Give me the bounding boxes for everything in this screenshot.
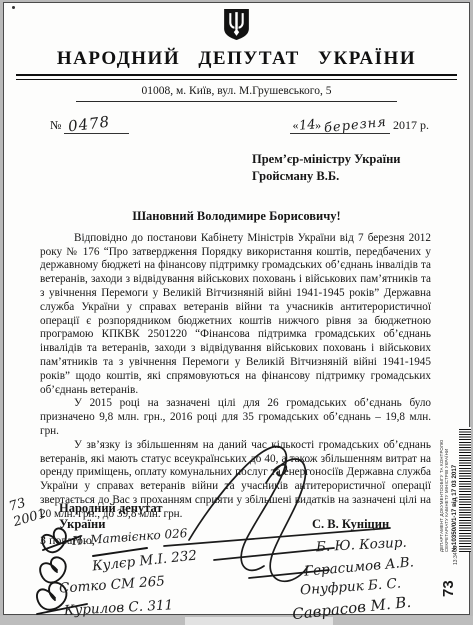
- signer-position-line1: Народний депутат: [59, 500, 163, 516]
- body-paragraph: Відповідно до постанови Кабінету Міністр…: [40, 232, 431, 398]
- date-day-handwritten: 14: [298, 117, 316, 133]
- stamp-time: 13:34:33: [453, 546, 459, 565]
- emblem-row: [4, 3, 469, 46]
- addressee-line1: Прем’єр-міністру України: [252, 151, 429, 168]
- addressee-block: Прем’єр-міністру України Гройсману В.Б.: [252, 151, 429, 185]
- letterhead-address: 01008, м. Київ, вул. М.Грушевського, 5: [4, 85, 469, 97]
- letterhead-title: НАРОДНИЙ ДЕПУТАТ УКРАЇНИ: [4, 48, 469, 70]
- doc-number-underline: 0478: [64, 118, 128, 134]
- scan-speck: [12, 6, 15, 9]
- salutation: Шановний Володимире Борисовичу!: [4, 209, 469, 224]
- doc-number: № 0478: [50, 115, 129, 133]
- stamp-department-line2: СЕКРЕТАРІАТУ КАБІНЕТУ МІНІСТРІВ УКРАЇНИ: [444, 427, 449, 552]
- ukraine-trident-emblem-icon: [223, 8, 250, 41]
- address-divider: [76, 101, 397, 102]
- date-month-handwritten: березня: [323, 115, 387, 136]
- number-sign: №: [50, 118, 61, 132]
- doc-date: «14» березня 2017 р.: [290, 118, 429, 133]
- date-year: 2017 р.: [393, 118, 429, 132]
- letter-page: НАРОДНИЙ ДЕПУТАТ УКРАЇНИ 01008, м. Київ,…: [3, 2, 470, 615]
- title-divider: [16, 74, 457, 80]
- page-number: 73: [440, 580, 457, 597]
- addressee-line2: Гройсману В.Б.: [252, 168, 429, 185]
- doc-number-handwritten: 0478: [68, 112, 112, 135]
- stamp-registration-number: №10350/0/1-17 від 17 03 2017: [451, 427, 458, 552]
- doc-date-underline: «14» березня: [290, 118, 390, 134]
- reference-row: № 0478 «14» березня 2017 р.: [50, 115, 429, 133]
- stamp-barcode: [459, 427, 471, 552]
